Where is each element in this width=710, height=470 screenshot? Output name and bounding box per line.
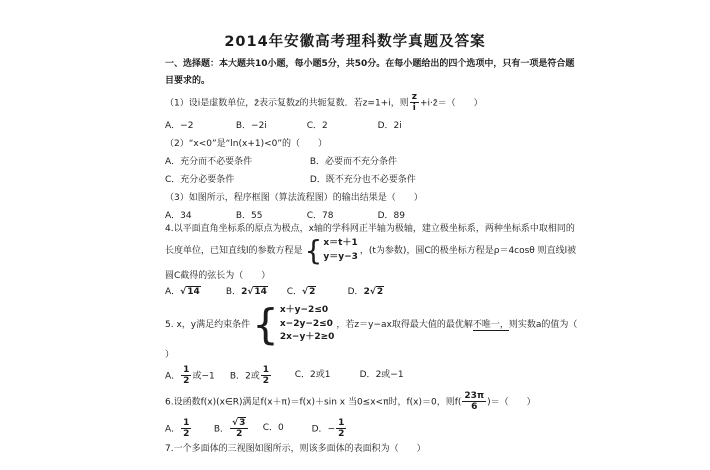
question-5-option-b: B．2或12: [230, 365, 292, 387]
sqrt-3: √3: [232, 417, 246, 428]
constraint-1: x＋y−2≤0: [280, 305, 335, 317]
question-6-option-d: D．−12: [312, 418, 358, 440]
section-intro-line-2: 目要求的。: [165, 76, 210, 88]
fraction-numerator: 1: [261, 365, 271, 376]
parametric-equations: {x＝t＋1y＝y−3: [305, 238, 358, 263]
question-5-text-post: 则实数a的值为（: [509, 320, 578, 330]
left-brace: {: [305, 238, 323, 263]
question-5-option-d: D．2或−1: [360, 370, 422, 382]
question-5-stem: 5. x，y满足约束条件{x＋y−2≤0x−2y−2≤02x−y＋2≥0，若z＝…: [165, 305, 577, 344]
option-label: C．: [287, 287, 302, 297]
question-6-text-post: )＝（ ）: [487, 397, 536, 407]
question-3-option-d: D．89: [378, 211, 446, 223]
document-page: 2014年安徽高考理科数学真题及答案 一、选择题：本大题共10小题，每小题5分，…: [0, 0, 710, 470]
fraction-numerator: 1: [336, 418, 346, 429]
option-label: D．: [348, 287, 364, 297]
question-4-line-1: 4.以平面直角坐标系的原点为极点，x轴的学科网正半轴为极轴，建立极坐标系，两种坐…: [165, 224, 575, 236]
option-label: D．: [312, 424, 328, 434]
parametric-equation-y: y＝y−3: [323, 252, 358, 264]
section-intro-line-1: 一、选择题：本大题共10小题，每小题5分，共50分。在每小题给出的四个选项中，只…: [165, 59, 574, 71]
option-text: 2或: [245, 371, 260, 381]
fraction-numerator: √3: [230, 418, 248, 429]
question-6-text-pre: 6.设函数f(x)(x∈R)满足f(x＋π)＝f(x)＋sin x 当0≤x<π…: [165, 397, 461, 407]
underlined-text: 不唯一，: [473, 320, 509, 331]
fraction-numerator: 1: [181, 418, 191, 429]
question-6-option-c: C．0: [263, 423, 309, 435]
question-4-option-d: D．2√2: [348, 287, 406, 299]
question-3-option-b: B．55: [236, 211, 304, 223]
question-5-text-mid: ，若z＝y−ax取得最大值的最优解: [336, 320, 472, 330]
question-6-option-b: B．√32: [214, 418, 260, 440]
fraction-z-over-i: zi: [410, 92, 419, 114]
question-3-option-a: A．34: [165, 211, 233, 223]
fraction-23pi-over-6: 23π6: [462, 391, 486, 413]
question-4-option-a: A．√14: [165, 287, 223, 299]
question-3-option-c: C．78: [307, 211, 375, 223]
question-1-text-post: +i·z̄＝（ ）: [420, 98, 483, 108]
question-1-option-b: B．−2i: [236, 121, 304, 133]
question-5-options: A．12或−1 B．2或12 C．2或1 D．2或−1: [165, 365, 422, 387]
option-label: D．: [360, 370, 376, 380]
fraction-denominator: 2: [261, 376, 271, 386]
option-label: C．: [263, 423, 278, 433]
sqrt-14: √14: [180, 286, 201, 297]
question-6-options: A．12 B．√32 C．0 D．−12: [165, 418, 358, 440]
question-5-close-paren: ）: [165, 350, 174, 362]
question-4-option-b: B．2√14: [226, 287, 284, 299]
question-4-line-3: 圆C截得的弦长为（ ）: [165, 271, 270, 283]
sqrt-2: √2: [370, 286, 384, 297]
question-4-text-pre: 长度单位，已知直线l的参数方程是: [165, 246, 303, 256]
question-4-option-c: C．√2: [287, 287, 345, 299]
constraint-3: 2x−y＋2≥0: [280, 332, 335, 344]
question-1-option-a: A．−2: [165, 121, 233, 133]
left-brace: {: [252, 306, 279, 344]
fraction-denominator: 6: [462, 402, 486, 412]
fraction-1-over-2: 12: [181, 418, 191, 440]
option-label: B．: [230, 371, 245, 381]
fraction-sqrt3-over-2: √32: [230, 418, 248, 440]
fraction-denominator: 2: [230, 429, 248, 439]
fraction-denominator: i: [410, 103, 419, 113]
minus-sign: −: [328, 424, 336, 434]
radical-sign: √: [370, 287, 376, 297]
question-2-options-row-1: A．充分而不必要条件 B．必要而不充分条件: [165, 157, 452, 170]
option-label: A．: [165, 371, 180, 381]
constraint-system: {x＋y−2≤0x−2y−2≤02x−y＋2≥0: [252, 305, 334, 344]
question-4-text-post: ，(t为参数)，圆C的极坐标方程是ρ＝4cosθ 则直线l被: [360, 246, 576, 256]
option-label: A．: [165, 424, 180, 434]
question-2-options-row-2: C．充分必要条件 D．既不充分也不必要条件: [165, 175, 452, 188]
page-title: 2014年安徽高考理科数学真题及答案: [0, 33, 710, 52]
question-5-text-pre: 5. x，y满足约束条件: [165, 320, 250, 330]
radicand: 14: [253, 286, 268, 297]
question-2-stem: （2）“x<0”是“ln(x+1)<0”的（ ）: [165, 139, 327, 151]
question-1-options: A．−2 B．−2i C．2 D．2i: [165, 121, 446, 134]
option-text: 2或−1: [376, 370, 404, 380]
fraction-numerator: 1: [181, 365, 191, 376]
sqrt-2: √2: [302, 286, 316, 297]
question-4-options: A．√14 B．2√14 C．√2 D．2√2: [165, 287, 406, 300]
option-label: A．: [165, 287, 180, 297]
radicand: 14: [186, 286, 201, 297]
option-label: B．: [226, 287, 241, 297]
question-7-stem: 7.一个多面体的三视图如图所示，则该多面体的表面积为（ ）: [165, 444, 426, 456]
question-5-option-c: C．2或1: [295, 370, 357, 382]
question-2-option-b: B．必要而不充分条件: [310, 157, 452, 169]
fraction-1-over-2: 12: [336, 418, 346, 440]
question-1-option-d: D．2i: [378, 121, 446, 133]
radicand: 3: [238, 417, 246, 428]
option-label: B．: [214, 424, 229, 434]
fraction-1-over-2: 12: [261, 365, 271, 387]
question-3-options: A．34 B．55 C．78 D．89: [165, 211, 446, 224]
question-1-text-pre: （1）设i是虚数单位，z̄表示复数z的共轭复数．若z=1+i，则: [165, 98, 409, 108]
option-text: 2或1: [310, 370, 330, 380]
question-2-option-d: D．既不充分也不必要条件: [310, 175, 452, 187]
radicand: 2: [376, 286, 384, 297]
question-6-stem: 6.设函数f(x)(x∈R)满足f(x＋π)＝f(x)＋sin x 当0≤x<π…: [165, 391, 536, 413]
question-3-stem: （3）如图所示，程序框图（算法流程图）的输出结果是（ ）: [165, 193, 423, 205]
question-2-option-c: C．充分必要条件: [165, 175, 307, 187]
radicand: 2: [308, 286, 316, 297]
option-label: C．: [295, 370, 310, 380]
constraint-2: x−2y−2≤0: [280, 319, 335, 331]
question-4-line-2: 长度单位，已知直线l的参数方程是{x＝t＋1y＝y−3，(t为参数)，圆C的极坐…: [165, 238, 576, 263]
sqrt-14: √14: [247, 286, 268, 297]
fraction-denominator: 2: [336, 429, 346, 439]
question-1-stem: （1）设i是虚数单位，z̄表示复数z的共轭复数．若z=1+i，则zi+i·z̄＝…: [165, 92, 483, 114]
question-5-option-a: A．12或−1: [165, 365, 227, 387]
fraction-numerator: 23π: [462, 391, 486, 402]
fraction-1-over-2: 12: [181, 365, 191, 387]
parametric-equation-x: x＝t＋1: [323, 238, 358, 250]
fraction-denominator: 2: [181, 429, 191, 439]
option-text: 或−1: [192, 371, 214, 381]
question-6-option-a: A．12: [165, 418, 211, 440]
option-text: 0: [278, 423, 284, 433]
question-2-option-a: A．充分而不必要条件: [165, 157, 307, 169]
question-1-option-c: C．2: [307, 121, 375, 133]
fraction-numerator: z: [410, 92, 419, 103]
fraction-denominator: 2: [181, 376, 191, 386]
